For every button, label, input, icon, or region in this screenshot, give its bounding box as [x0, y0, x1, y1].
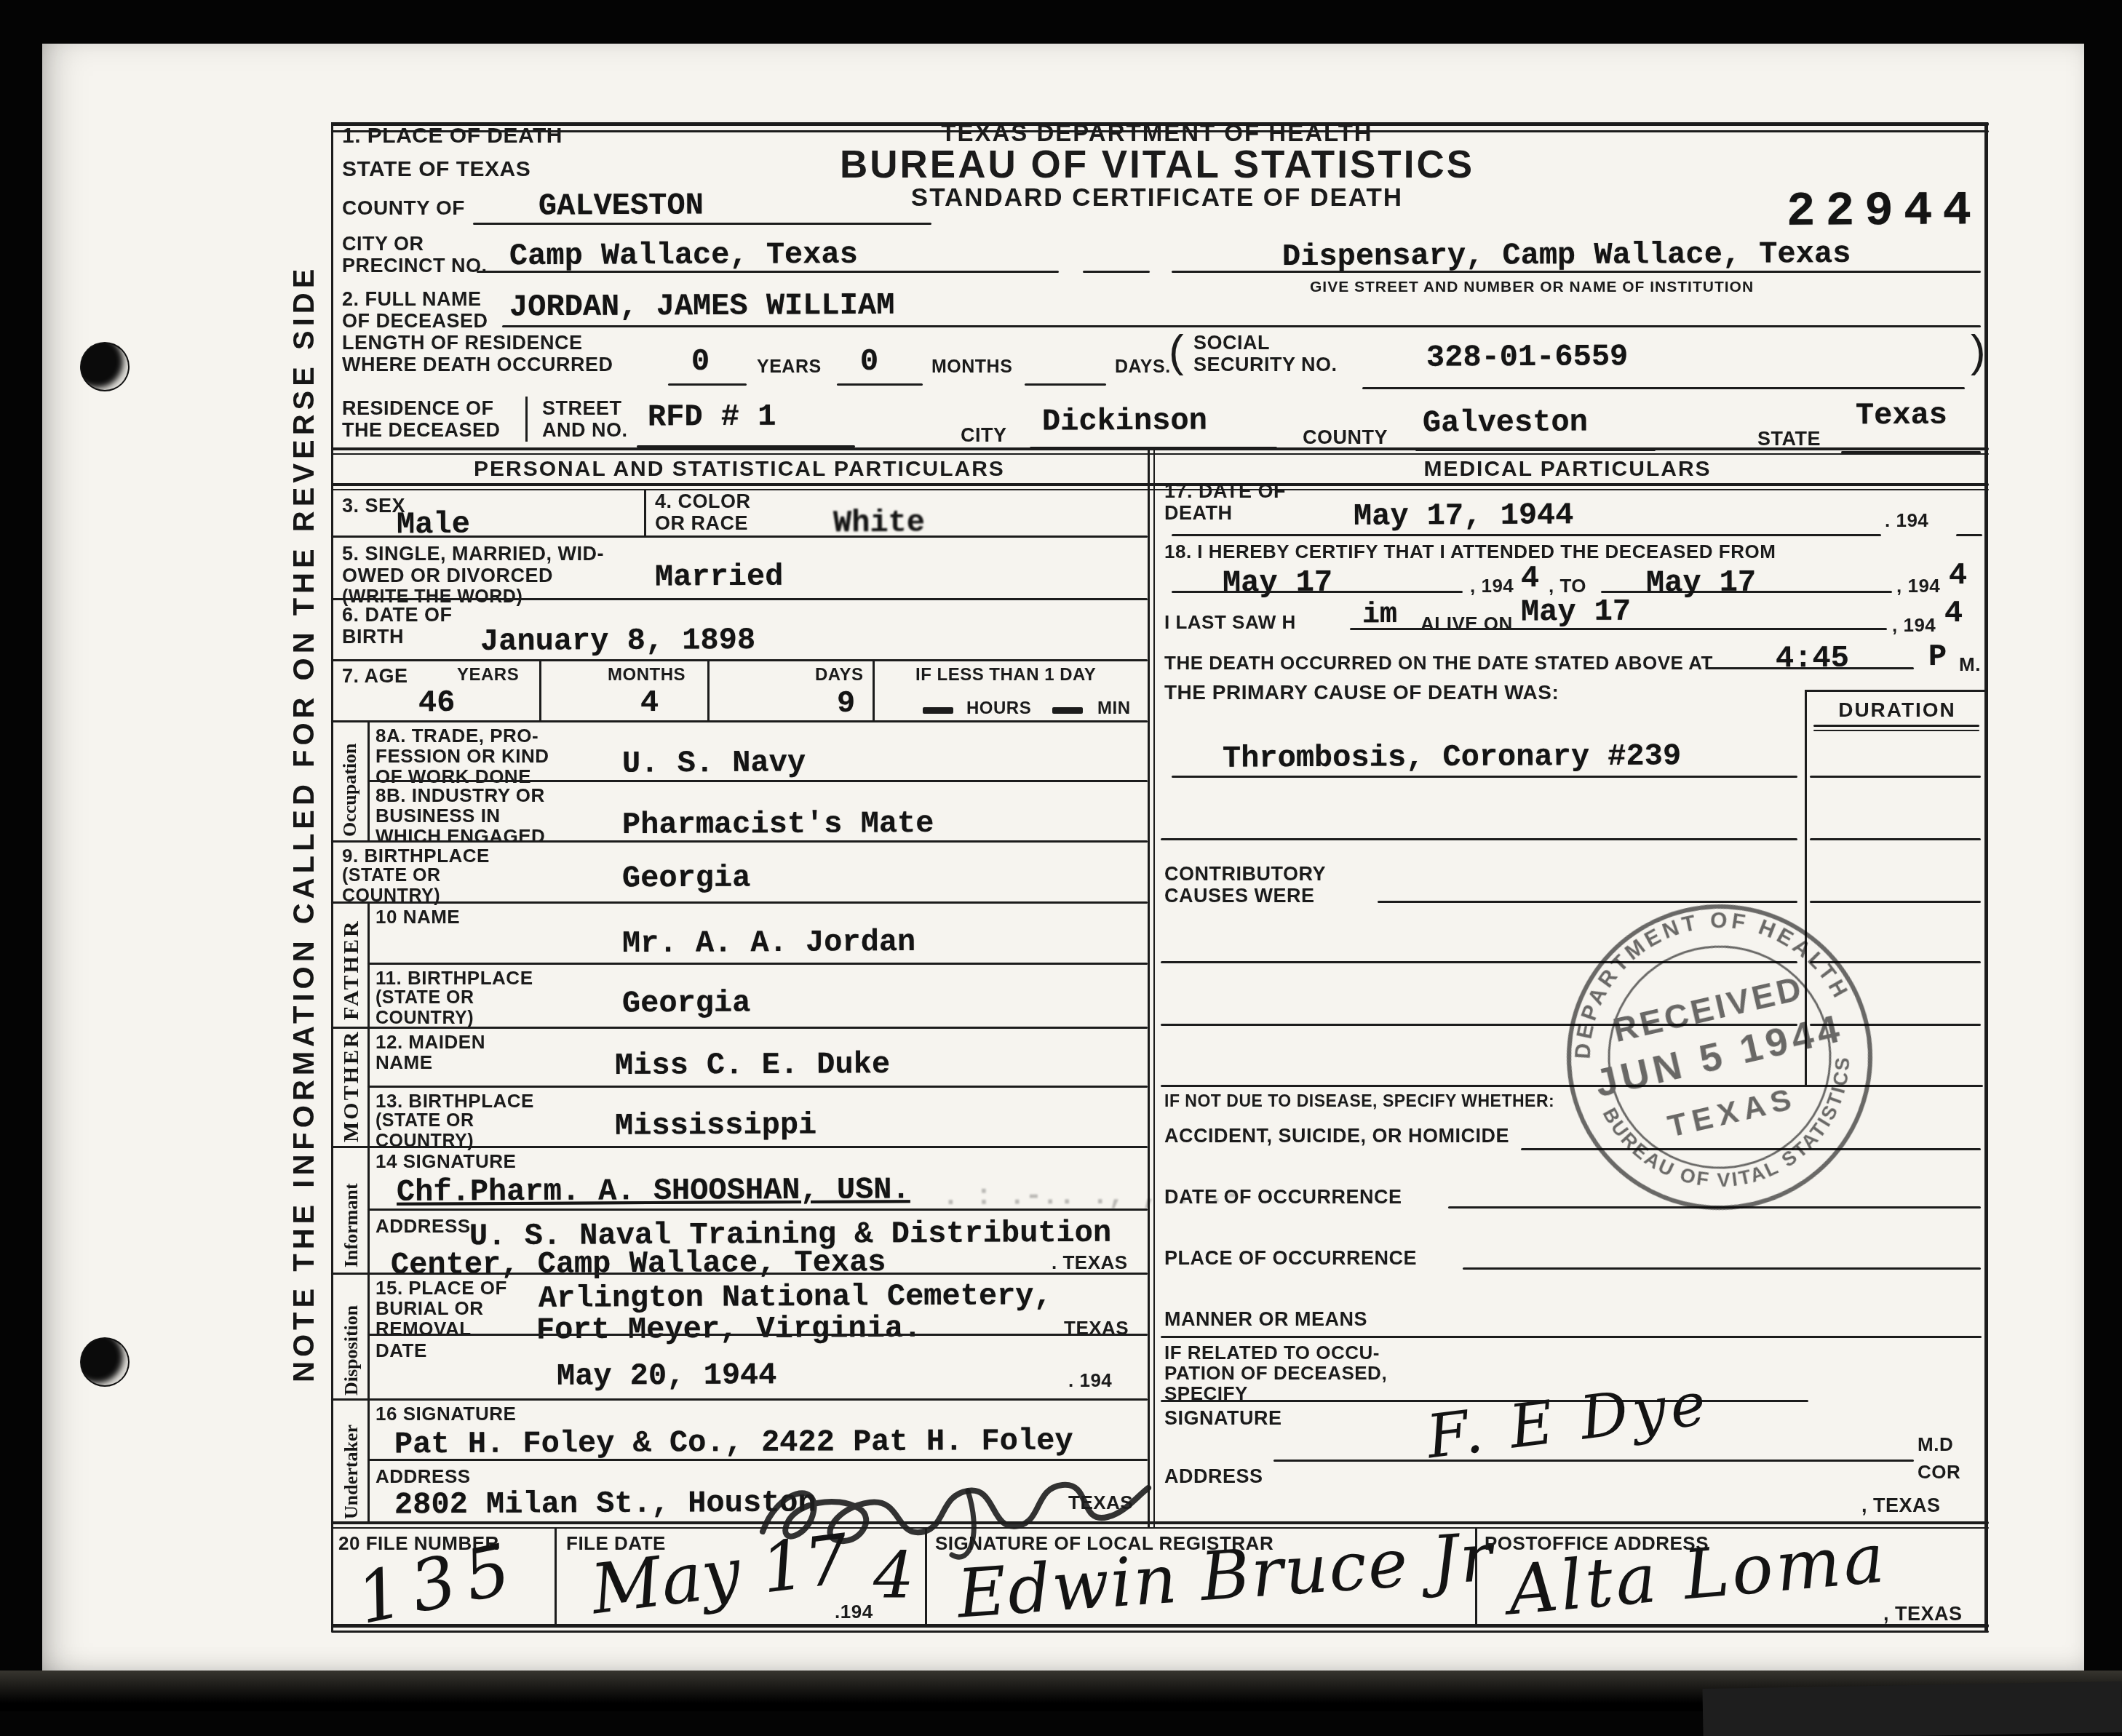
marital-value: Married: [655, 562, 784, 593]
rule: [331, 1398, 1148, 1401]
dod-year-hint: . 194: [1885, 511, 1928, 530]
mother-bp-label2: (STATE OR: [375, 1112, 474, 1130]
age-months-label: MONTHS: [608, 666, 686, 684]
rule: [1956, 534, 1982, 536]
cause-value: Thrombosis, Coronary #239: [1223, 741, 1681, 773]
mother-side-label: MOTHER: [341, 1030, 362, 1142]
file-year-value: 4: [873, 1544, 914, 1608]
rule: [1172, 271, 1981, 273]
maiden-label1: 12. MAIDEN: [375, 1032, 485, 1051]
rule: [644, 489, 646, 535]
father-side-label: FATHER: [341, 919, 362, 1020]
institution-hint: GIVE STREET AND NUMBER OR NAME OF INSTIT…: [1310, 279, 1754, 295]
burial-date-label: DATE: [375, 1341, 427, 1360]
rule: [1810, 838, 1981, 840]
precinct-label: PRECINCT NO.: [342, 256, 488, 276]
dod-label2: DEATH: [1164, 503, 1233, 523]
postoffice-texas-label: , TEXAS: [1883, 1604, 1963, 1624]
rule: [331, 447, 1989, 450]
informant-texas-label: . TEXAS: [1052, 1253, 1128, 1272]
rule: [331, 901, 1148, 904]
state2-label: STATE: [1757, 429, 1821, 449]
age-years-value: 46: [418, 688, 456, 718]
occurred-label: THE DEATH OCCURRED ON THE DATE STATED AB…: [1164, 653, 1713, 672]
father-bp-value: Georgia: [622, 988, 751, 1019]
rule: [1810, 776, 1981, 778]
city-value: Camp Wallace, Texas: [509, 239, 858, 272]
margin-note: NOTE THE INFORMATION CALLED FOR ON THE R…: [290, 265, 319, 1382]
occupation-side-label: Occupation: [341, 743, 359, 837]
certificate-title: STANDARD CERTIFICATE OF DEATH: [720, 185, 1594, 210]
color-value: White: [833, 508, 925, 539]
year3-typed: 4: [1944, 598, 1963, 629]
rule: [331, 1521, 1989, 1524]
burial-year-hint: . 194: [1068, 1371, 1112, 1390]
burial-date-value: May 20, 1944: [557, 1360, 777, 1392]
age-label: 7. AGE: [342, 666, 408, 686]
father-bp-label3: COUNTRY): [375, 1009, 474, 1027]
informant-sig-value: Chf.Pharm. A. SHOOSHAN, USN.: [397, 1174, 910, 1208]
months-label: MONTHS: [931, 358, 1012, 376]
ifnot-label: IF NOT DUE TO DISEASE, SPECIFY WHETHER:: [1164, 1093, 1554, 1110]
lastsaw-label: I LAST SAW H: [1164, 613, 1296, 632]
hours-dash: [923, 707, 953, 714]
years-value: 0: [691, 346, 710, 377]
rule: [1813, 730, 1979, 731]
burial-value1: Arlington National Cemetery,: [539, 1281, 1052, 1314]
rule: [539, 659, 541, 720]
rule: [1273, 1460, 1914, 1462]
rule: [1161, 838, 1797, 840]
attended-from-value: May 17: [1223, 568, 1332, 599]
contributory-label2: CAUSES WERE: [1164, 886, 1315, 906]
residence-length-label1: LENGTH OF RESIDENCE: [342, 333, 583, 353]
informant-addr-value2: Center, Camp Wallace, Texas: [391, 1247, 886, 1281]
file-year-hint: .194: [835, 1602, 873, 1621]
cor-label: COR: [1918, 1462, 1960, 1481]
lastsaw-value: May 17: [1521, 597, 1631, 628]
rule: [1172, 776, 1797, 778]
maiden-label2: NAME: [375, 1053, 433, 1072]
min-dash: [1052, 707, 1083, 714]
days-label: DAYS.: [1115, 358, 1171, 376]
physician-texas-label: , TEXAS: [1861, 1496, 1941, 1516]
city2-label: CITY: [961, 426, 1007, 445]
mother-bp-value: Mississippi: [615, 1110, 816, 1141]
scan-bottom-right-shade: [1702, 1681, 2122, 1736]
industry-label2: BUSINESS IN: [375, 806, 501, 825]
undertaker-sig-label: 16 SIGNATURE: [375, 1404, 516, 1423]
duration-label: DURATION: [1811, 700, 1984, 720]
ssn-value: 328-01-6559: [1426, 341, 1628, 373]
county-value: GALVESTON: [539, 190, 704, 221]
rule: [367, 1334, 1148, 1336]
industry-label1: 8B. INDUSTRY OR: [375, 786, 545, 805]
primary-cause-label: THE PRIMARY CAUSE OF DEATH WAS:: [1164, 682, 1559, 703]
rule: [925, 1529, 927, 1628]
dod-label1: 17. DATE OF: [1164, 482, 1286, 501]
street-value: RFD # 1: [648, 402, 776, 433]
certify-label: 18. I HEREBY CERTIFY THAT I ATTENDED THE…: [1164, 542, 1776, 561]
rule: [473, 223, 931, 225]
stamp-state-text: TEXAS: [1664, 1080, 1800, 1143]
residence-label1: RESIDENCE OF: [342, 399, 494, 418]
rule: [331, 535, 1148, 538]
informant-sig-label: 14 SIGNATURE: [375, 1152, 516, 1171]
rule: [331, 598, 1148, 600]
residence-label2: THE DECEASED: [342, 421, 501, 440]
rule: [331, 720, 1148, 722]
m-label: M.: [1959, 655, 1981, 674]
year3-hint: , 194: [1892, 616, 1936, 634]
rule: [873, 659, 875, 720]
place-occurrence-label: PLACE OF OCCURRENCE: [1164, 1249, 1417, 1268]
rule: [331, 483, 1989, 486]
industry-value: Pharmacist's Mate: [622, 808, 934, 840]
year1-hint: , 194: [1470, 576, 1514, 595]
rule: [668, 383, 747, 386]
age-years-label: YEARS: [457, 666, 519, 684]
rule: [1172, 591, 1463, 593]
alive-label: ALIVE ON: [1420, 614, 1513, 633]
rule: [331, 1273, 1148, 1275]
rule: [1706, 667, 1914, 669]
paren-close: ): [1971, 329, 1986, 374]
street-label2: AND NO.: [542, 421, 628, 440]
months-value: 0: [860, 346, 878, 377]
city-label: CITY OR: [342, 234, 424, 254]
institution-value: Dispensary, Camp Wallace, Texas: [1282, 239, 1851, 272]
rule: [1362, 387, 1965, 389]
medical-section-header: MEDICAL PARTICULARS: [1150, 458, 1985, 480]
min-label: MIN: [1097, 700, 1131, 717]
city2-value: Dickinson: [1042, 405, 1207, 437]
rule: [331, 840, 1148, 843]
related-label2: PATION OF DECEASED,: [1164, 1363, 1387, 1382]
rule: [331, 659, 1148, 661]
rule: [1172, 534, 1881, 536]
county2-label: COUNTY: [1303, 428, 1388, 447]
related-label1: IF RELATED TO OCCU-: [1164, 1343, 1380, 1362]
state-of-texas-label: STATE OF TEXAS: [342, 159, 530, 180]
informant-side-label: Informant: [342, 1183, 361, 1267]
residence-length-label2: WHERE DEATH OCCURRED: [342, 355, 613, 375]
rule: [1083, 271, 1150, 273]
burial-value2: Fort Meyer, Virginia.: [536, 1313, 922, 1346]
rule: [331, 1631, 1989, 1633]
md-label: M.D: [1918, 1435, 1953, 1454]
trade-label3: OF WORK DONE: [375, 767, 531, 786]
rule: [1025, 383, 1106, 386]
physician-addr-label: ADDRESS: [1164, 1467, 1263, 1486]
undertaker-side-label: Undertaker: [342, 1425, 361, 1519]
age-days-label: DAYS: [815, 666, 863, 684]
birthdate-value: January 8, 1898: [480, 625, 755, 657]
paren-open: (: [1169, 329, 1184, 374]
punch-hole-top: [82, 343, 128, 390]
burial-label2: BURIAL OR: [375, 1299, 483, 1318]
color-label2: OR RACE: [655, 514, 748, 533]
rule: [367, 1209, 1148, 1211]
mother-bp-label1: 13. BIRTHPLACE: [375, 1091, 534, 1110]
industry-label3: WHICH ENGAGED: [375, 827, 545, 845]
rule-center-divider: [1148, 447, 1150, 1529]
maiden-value: Miss C. E. Duke: [615, 1049, 890, 1081]
rule: [707, 659, 710, 720]
age-months-value: 4: [640, 688, 659, 718]
bureau-title: BUREAU OF VITAL STATISTICS: [720, 146, 1594, 184]
age-less-label: IF LESS THAN 1 DAY: [915, 666, 1096, 684]
trade-label1: 8A. TRADE, PRO-: [375, 726, 539, 745]
dod-value: May 17, 1944: [1354, 500, 1574, 532]
rule: [331, 1624, 1989, 1628]
date-occurrence-label: DATE OF OCCURRENCE: [1164, 1187, 1402, 1207]
year2-typed: 4: [1949, 560, 1967, 591]
rule: [331, 122, 333, 1631]
rule: [502, 325, 1981, 327]
birthplace-label2: (STATE OR: [342, 867, 441, 885]
rule: [555, 1529, 557, 1628]
ssn-label2: SECURITY NO.: [1193, 355, 1338, 375]
accident-label: ACCIDENT, SUICIDE, OR HOMICIDE: [1164, 1126, 1509, 1146]
trade-value: U. S. Navy: [622, 747, 806, 779]
father-bp-label2: (STATE OR: [375, 989, 474, 1007]
physician-sig-label: SIGNATURE: [1164, 1409, 1282, 1428]
birthplace-label1: 9. BIRTHPLACE: [342, 846, 490, 865]
undertaker-addr-label: ADDRESS: [375, 1467, 471, 1486]
birthdate-label1: 6. DATE OF: [342, 605, 453, 625]
rule: [331, 1146, 1148, 1148]
father-name-value: Mr. A. A. Jordan: [622, 927, 915, 959]
attended-to-value: May 17: [1646, 568, 1756, 599]
rule: [331, 453, 1989, 455]
county2-value: Galveston: [1423, 407, 1588, 438]
informant-addr-label: ADDRESS: [375, 1217, 471, 1235]
year1-typed: 4: [1521, 563, 1539, 594]
fullname-label2: OF DECEASED: [342, 311, 488, 331]
fullname-value: JORDAN, JAMES WILLIAM: [509, 290, 895, 323]
rule: [331, 1527, 1989, 1529]
rule: [367, 963, 1148, 965]
birthplace-value: Georgia: [622, 863, 751, 894]
marital-label2: OWED OR DIVORCED: [342, 566, 553, 586]
rule: [367, 1086, 1148, 1088]
punch-hole-bottom: [82, 1339, 128, 1385]
rule: [331, 489, 1989, 490]
place-of-death-label: 1. PLACE OF DEATH: [342, 125, 563, 147]
color-label1: 4. COLOR: [655, 492, 751, 511]
father-name-label: 10 NAME: [375, 907, 460, 926]
marital-label1: 5. SINGLE, MARRIED, WID-: [342, 544, 604, 564]
year2-hint: , 194: [1896, 576, 1940, 595]
disposition-side-label: Disposition: [342, 1305, 361, 1395]
state2-value: Texas: [1856, 400, 1947, 431]
rule-center-divider: [1153, 447, 1155, 1529]
trade-label2: FESSION OR KIND: [375, 746, 549, 765]
rule: [1350, 628, 1887, 630]
birthdate-label2: BIRTH: [342, 627, 404, 647]
rule-duration-box: [1805, 690, 1987, 692]
hours-label: HOURS: [966, 700, 1031, 717]
father-bp-label1: 11. BIRTHPLACE: [375, 968, 533, 987]
certificate-number: 22944: [1787, 187, 1982, 236]
scanned-death-certificate: NOTE THE INFORMATION CALLED FOR ON THE R…: [0, 0, 2122, 1736]
street-label1: STREET: [542, 399, 622, 418]
years-label: YEARS: [757, 358, 822, 376]
rule: [837, 383, 923, 386]
county-label: COUNTY OF: [342, 198, 465, 218]
brace: [525, 397, 528, 442]
rule: [1463, 1267, 1981, 1270]
rule: [477, 271, 1059, 273]
ssn-label1: SOCIAL: [1193, 333, 1270, 353]
rule: [331, 1027, 1148, 1029]
manner-label: MANNER OR MEANS: [1164, 1310, 1367, 1329]
ampm-typed: P: [1928, 642, 1947, 672]
burial-label1: 15. PLACE OF: [375, 1278, 507, 1297]
rule: [367, 780, 1148, 782]
personal-section-header: PERSONAL AND STATISTICAL PARTICULARS: [331, 458, 1148, 480]
age-days-value: 9: [837, 688, 855, 719]
rule: [1813, 725, 1979, 727]
contributory-label1: CONTRIBUTORY: [1164, 864, 1326, 884]
rule: [1161, 1336, 1982, 1338]
him-typed: im: [1362, 601, 1397, 630]
to-label: , TO: [1549, 576, 1586, 595]
fullname-label1: 2. FULL NAME: [342, 290, 482, 309]
department-title: TEXAS DEPARTMENT OF HEALTH: [720, 121, 1594, 145]
